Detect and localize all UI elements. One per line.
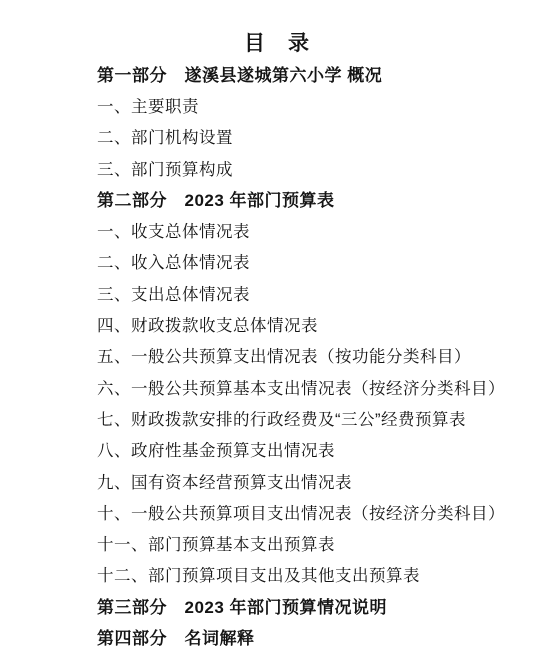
- toc-heading-part2: 第二部分 2023 年部门预算表: [97, 183, 544, 214]
- toc-heading-part4: 第四部分 名词解释: [97, 621, 544, 652]
- toc-heading-part3: 第三部分 2023 年部门预算情况说明: [97, 590, 544, 621]
- toc-entry: 十、一般公共预算项目支出情况表（按经济分类科目）: [97, 496, 544, 527]
- document-page: 目 录 第一部分 遂溪县遂城第六小学 概况 一、主要职责 二、部门机构设置 三、…: [0, 0, 554, 660]
- toc-entry: 三、支出总体情况表: [97, 277, 544, 308]
- toc-entry: 十二、部门预算项目支出及其他支出预算表: [97, 559, 544, 590]
- toc-entry: 九、国有资本经营预算支出情况表: [97, 465, 544, 496]
- toc-entry: 二、收入总体情况表: [97, 246, 544, 277]
- toc-entry: 七、财政拨款安排的行政经费及“三公”经费预算表: [97, 402, 544, 433]
- toc-entry: 八、政府性基金预算支出情况表: [97, 434, 544, 465]
- toc-entry: 十一、部门预算基本支出预算表: [97, 527, 544, 558]
- toc-entry: 三、部门预算构成: [97, 152, 544, 183]
- table-of-contents: 第一部分 遂溪县遂城第六小学 概况 一、主要职责 二、部门机构设置 三、部门预算…: [0, 58, 554, 653]
- toc-entry: 一、收支总体情况表: [97, 214, 544, 245]
- toc-entry: 二、部门机构设置: [97, 121, 544, 152]
- toc-entry: 五、一般公共预算支出情况表（按功能分类科目）: [97, 340, 544, 371]
- toc-entry: 一、主要职责: [97, 89, 544, 120]
- toc-entry: 四、财政拨款收支总体情况表: [97, 308, 544, 339]
- toc-entry: 六、一般公共预算基本支出情况表（按经济分类科目）: [97, 371, 544, 402]
- page-title: 目 录: [0, 0, 554, 58]
- toc-heading-part1: 第一部分 遂溪县遂城第六小学 概况: [97, 58, 544, 89]
